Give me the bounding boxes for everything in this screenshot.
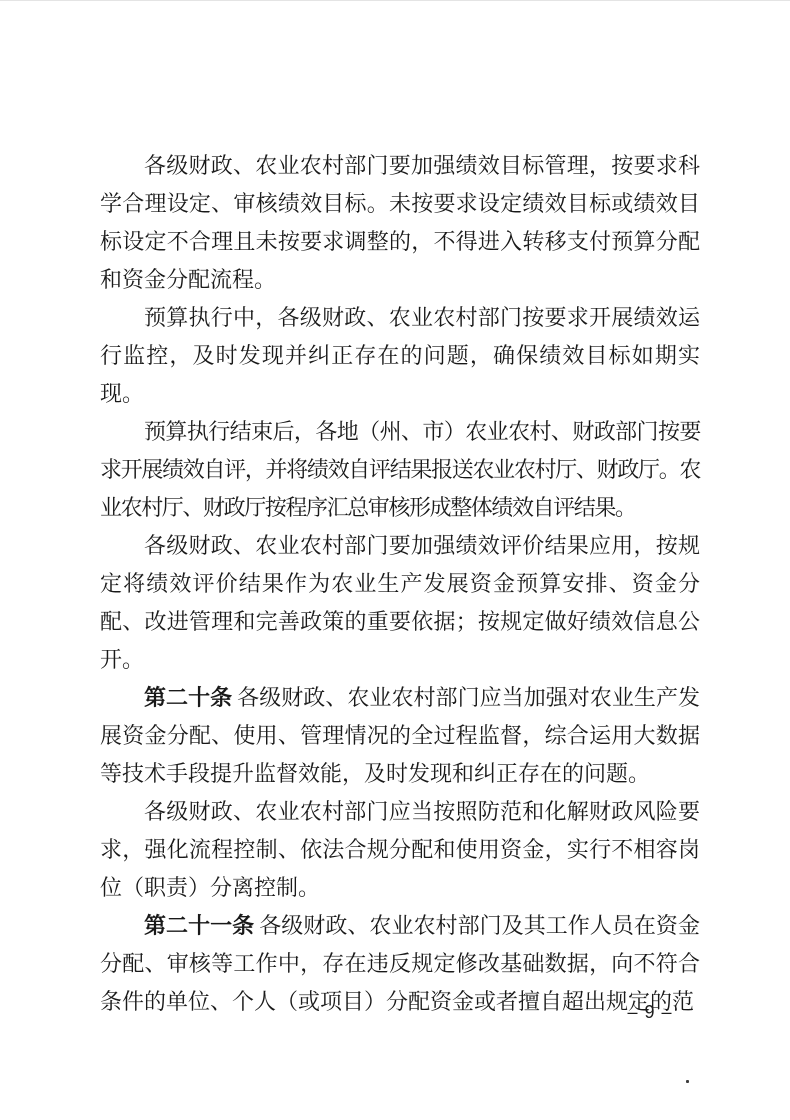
body-paragraph: 预算执行中，各级财政、农业农村部门按要求开展绩效运行监控，及时发现并纠正存在的问…	[100, 299, 700, 413]
article-number-label: 第二十一条	[144, 913, 254, 938]
article-paragraph: 第二十一条各级财政、农业农村部门及其工作人员在资金分配、审核等工作中，存在违反规…	[100, 907, 700, 1021]
document-page: { "page": { "background": "#ffffff", "te…	[0, 0, 790, 1120]
body-paragraph: 各级财政、农业农村部门应当按照防范和化解财政风险要求，强化流程控制、依法合规分配…	[100, 793, 700, 907]
article-number-label: 第二十条	[144, 685, 232, 710]
body-paragraph: 各级财政、农业农村部门要加强绩效目标管理，按要求科学合理设定、审核绩效目标。未按…	[100, 147, 700, 299]
scan-top-edge	[0, 0, 790, 1]
article-paragraph: 第二十条各级财政、农业农村部门应当加强对农业生产发展资金分配、使用、管理情况的全…	[100, 679, 700, 793]
document-body-text: 各级财政、农业农村部门要加强绩效目标管理，按要求科学合理设定、审核绩效目标。未按…	[100, 147, 700, 1021]
page-number: – 9 –	[618, 1002, 682, 1023]
body-paragraph: 各级财政、农业农村部门要加强绩效评价结果应用，按规定将绩效评价结果作为农业生产发…	[100, 527, 700, 679]
body-paragraph: 预算执行结束后，各地（州、市）农业农村、财政部门按要求开展绩效自评，并将绩效自评…	[100, 413, 700, 527]
scan-speck	[686, 1080, 689, 1083]
